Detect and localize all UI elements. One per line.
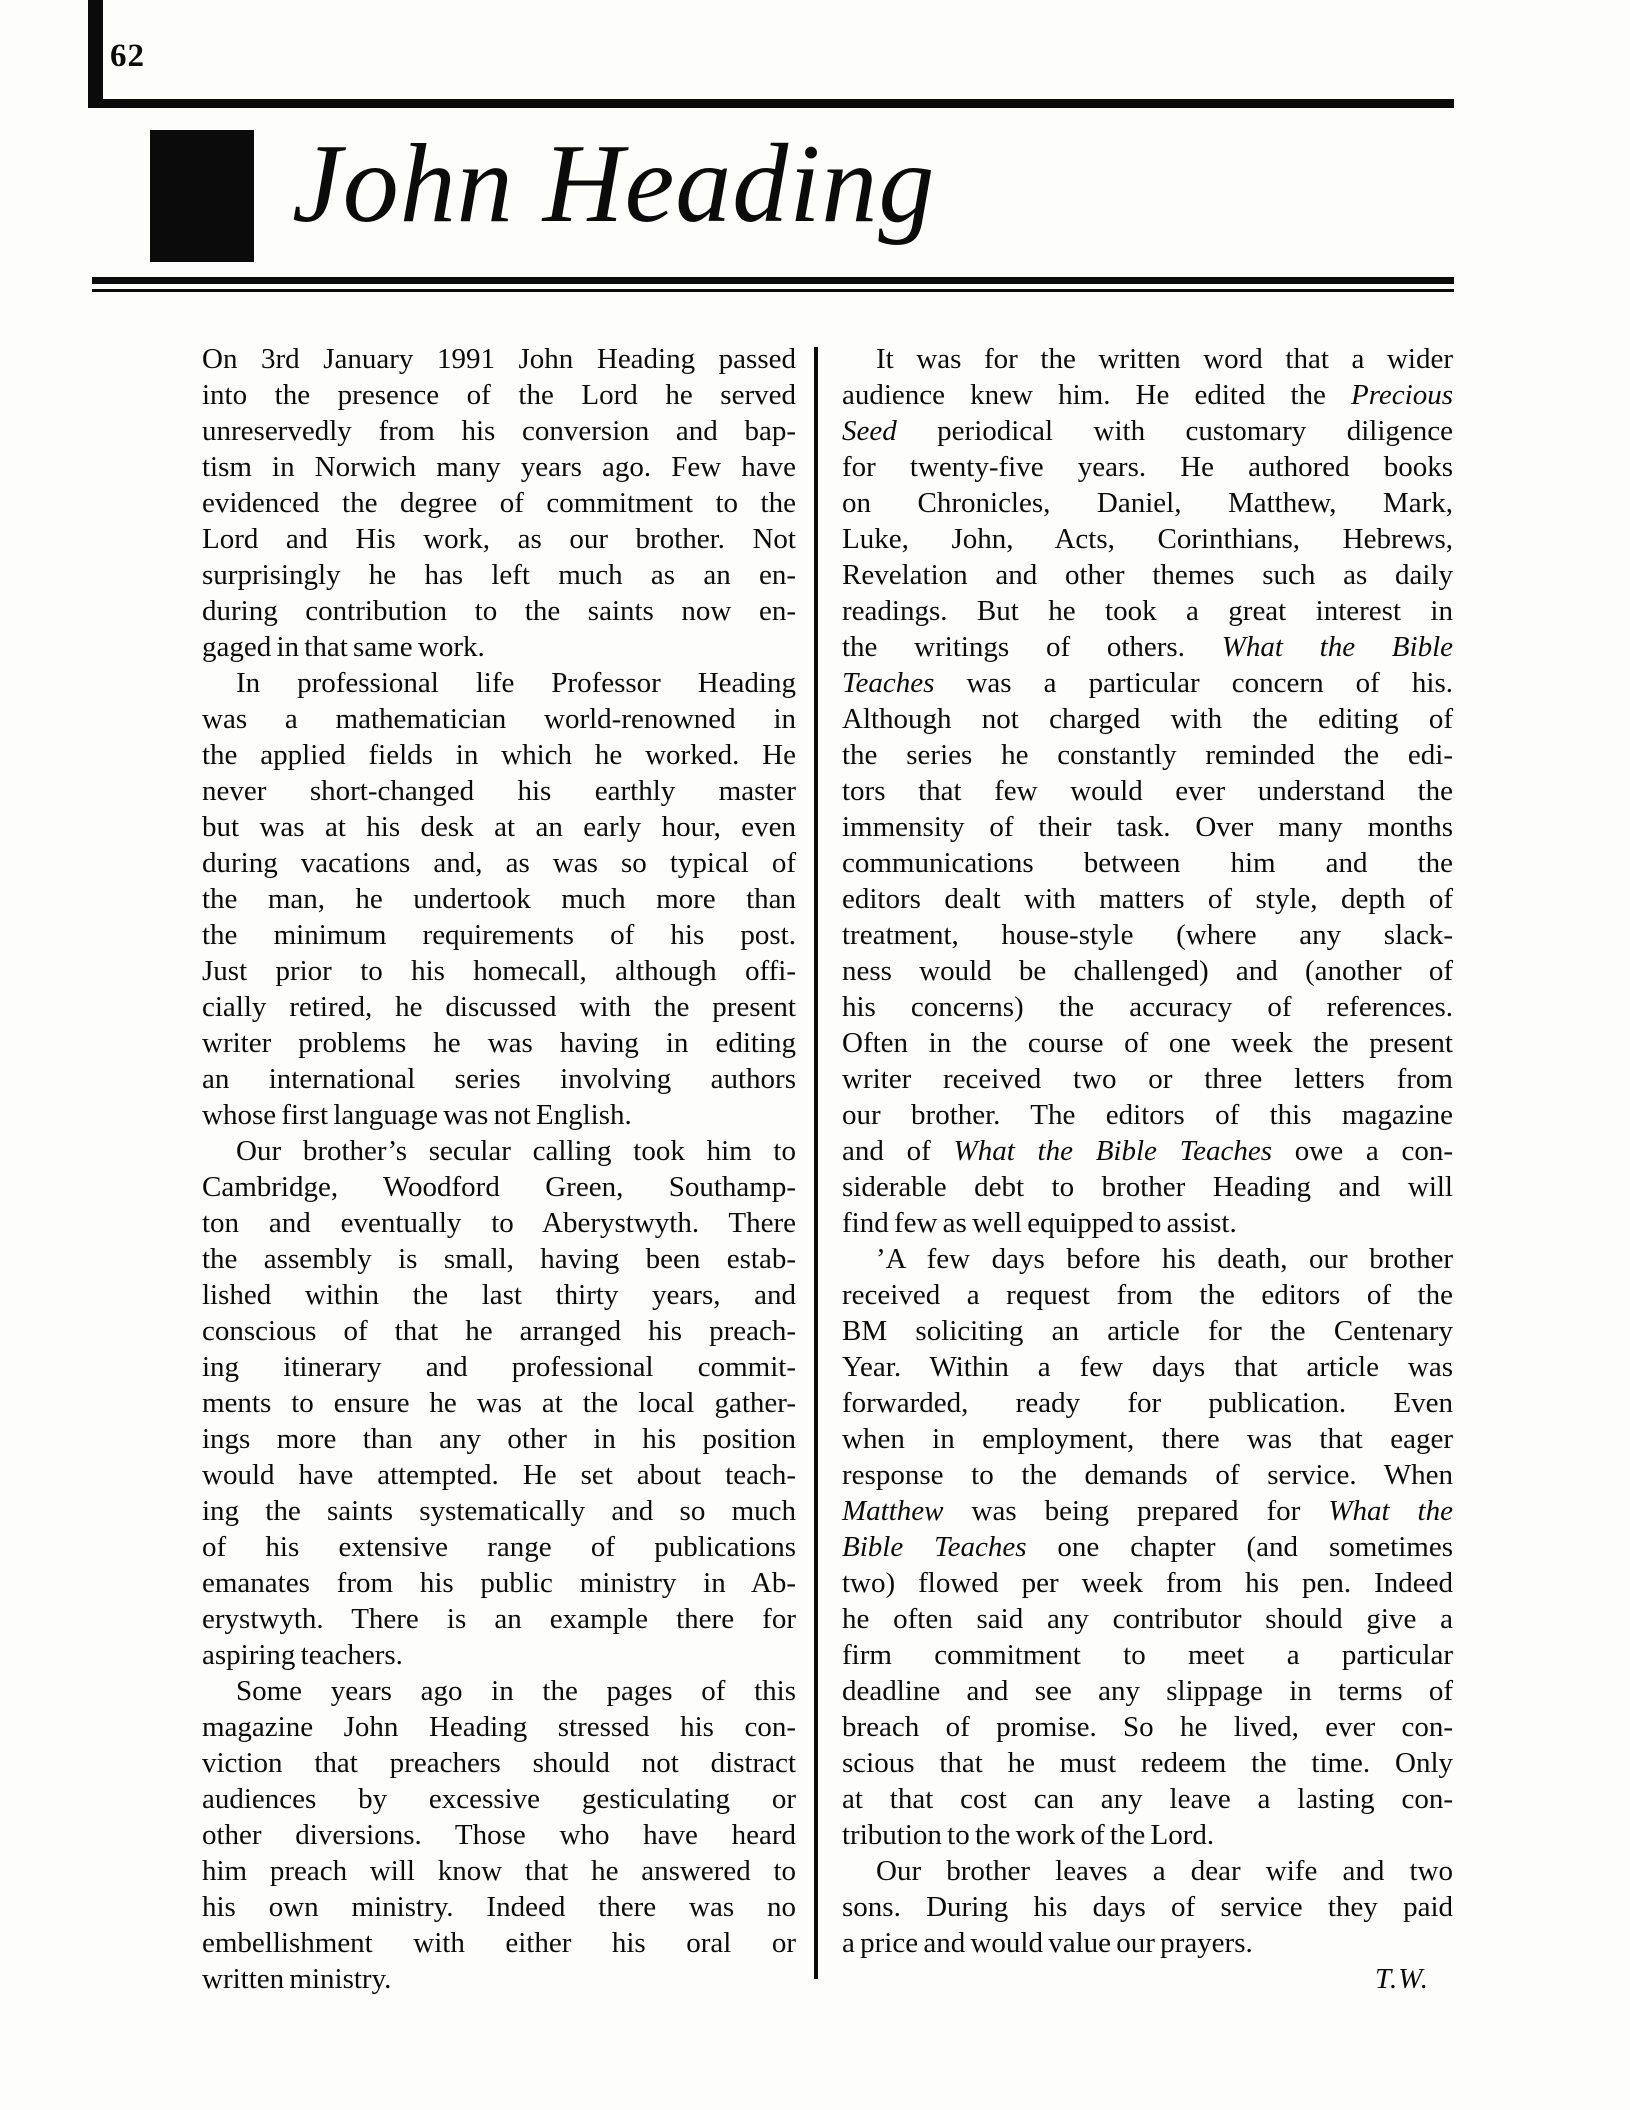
text-line: erystwyth. There is an example there for <box>202 1601 796 1637</box>
text-line: the man, he undertook much more than <box>202 881 796 917</box>
text-line: Revelation and other themes such as dail… <box>842 557 1453 593</box>
text-line: gaged in that same work. <box>202 629 796 665</box>
text-line: during vacations and, as was so typical … <box>202 845 796 881</box>
text-line: Seed periodical with customary diligence <box>842 413 1453 449</box>
text-line: ness would be challenged) and (another o… <box>842 953 1453 989</box>
text-line: immensity of their task. Over many month… <box>842 809 1453 845</box>
top-rule <box>88 99 1454 108</box>
text-line: of his extensive range of publications <box>202 1529 796 1565</box>
text-line: audiences by excessive gesticulating or <box>202 1781 796 1817</box>
text-line: Cambridge, Woodford Green, Southamp- <box>202 1169 796 1205</box>
text-line: would have attempted. He set about teach… <box>202 1457 796 1493</box>
text-line: Our brother leaves a dear wife and two <box>842 1853 1453 1889</box>
text-line: but was at his desk at an early hour, ev… <box>202 809 796 845</box>
text-line: ings more than any other in his position <box>202 1421 796 1457</box>
text-line: ton and eventually to Aberystwyth. There <box>202 1205 796 1241</box>
text-line: tors that few would ever understand the <box>842 773 1453 809</box>
double-rule <box>92 277 1454 292</box>
paragraph: On 3rd January 1991 John Heading passedi… <box>202 341 796 665</box>
title-marker-square <box>150 130 254 262</box>
text-line: on Chronicles, Daniel, Matthew, Mark, <box>842 485 1453 521</box>
text-line: lished within the last thirty years, and <box>202 1277 796 1313</box>
text-line: deadline and see any slippage in terms o… <box>842 1673 1453 1709</box>
text-line: In professional life Professor Heading <box>202 665 796 701</box>
text-line: a price and would value our prayers. <box>842 1925 1453 1961</box>
text-line: response to the demands of service. When <box>842 1457 1453 1493</box>
text-line: Matthew was being prepared for What the <box>842 1493 1453 1529</box>
text-line: our brother. The editors of this magazin… <box>842 1097 1453 1133</box>
text-line: audience knew him. He edited the Preciou… <box>842 377 1453 413</box>
text-line: viction that preachers should not distra… <box>202 1745 796 1781</box>
text-line: the series he constantly reminded the ed… <box>842 737 1453 773</box>
text-line: whose first language was not English. <box>202 1097 796 1133</box>
text-line: ing itinerary and professional commit- <box>202 1349 796 1385</box>
text-line: when in employment, there was that eager <box>842 1421 1453 1457</box>
text-line: into the presence of the Lord he served <box>202 377 796 413</box>
column-divider <box>814 347 818 1979</box>
text-line: surprisingly he has left much as an en- <box>202 557 796 593</box>
text-line: communications between him and the <box>842 845 1453 881</box>
text-line: cially retired, he discussed with the pr… <box>202 989 796 1025</box>
text-line: him preach will know that he answered to <box>202 1853 796 1889</box>
text-line: magazine John Heading stressed his con- <box>202 1709 796 1745</box>
article-title: John Heading <box>292 128 935 240</box>
text-line: It was for the written word that a wider <box>842 341 1453 377</box>
text-line: siderable debt to brother Heading and wi… <box>842 1169 1453 1205</box>
paragraph: Our brother’s secular calling took him t… <box>202 1133 796 1673</box>
page-number: 62 <box>110 38 145 75</box>
text-line: he often said any contributor should giv… <box>842 1601 1453 1637</box>
text-line: Although not charged with the editing of <box>842 701 1453 737</box>
text-line: evidenced the degree of commitment to th… <box>202 485 796 521</box>
text-line: ing the saints systematically and so muc… <box>202 1493 796 1529</box>
text-line: received a request from the editors of t… <box>842 1277 1453 1313</box>
text-line: BM soliciting an article for the Centena… <box>842 1313 1453 1349</box>
text-line: Just prior to his homecall, although off… <box>202 953 796 989</box>
right-column-paragraphs: It was for the written word that a wider… <box>842 341 1453 1961</box>
text-line: written ministry. <box>202 1961 796 1997</box>
right-column: It was for the written word that a wider… <box>842 341 1453 1997</box>
text-line: scious that he must redeem the time. Onl… <box>842 1745 1453 1781</box>
text-line: the writings of others. What the Bible <box>842 629 1453 665</box>
text-line: Bible Teaches one chapter (and sometimes <box>842 1529 1453 1565</box>
text-line: Year. Within a few days that article was <box>842 1349 1453 1385</box>
text-line: Lord and His work, as our brother. Not <box>202 521 796 557</box>
text-line: conscious of that he arranged his preach… <box>202 1313 796 1349</box>
text-line: Some years ago in the pages of this <box>202 1673 796 1709</box>
text-line: during contribution to the saints now en… <box>202 593 796 629</box>
text-line: ments to ensure he was at the local gath… <box>202 1385 796 1421</box>
text-line: emanates from his public ministry in Ab- <box>202 1565 796 1601</box>
text-line: firm commitment to meet a particular <box>842 1637 1453 1673</box>
paragraph: In professional life Professor Headingwa… <box>202 665 796 1133</box>
paragraph: Our brother leaves a dear wife and twoso… <box>842 1853 1453 1961</box>
paragraph: ’A few days before his death, our brothe… <box>842 1241 1453 1853</box>
text-line: readings. But he took a great interest i… <box>842 593 1453 629</box>
text-line: the assembly is small, having been estab… <box>202 1241 796 1277</box>
author-initials: T.W. <box>842 1961 1453 1997</box>
text-line: embellishment with either his oral or <box>202 1925 796 1961</box>
text-line: other diversions. Those who have heard <box>202 1817 796 1853</box>
text-line: for twenty-five years. He authored books <box>842 449 1453 485</box>
double-rule-thin-line <box>92 289 1454 292</box>
text-line: writer problems he was having in editing <box>202 1025 796 1061</box>
text-line: Teaches was a particular concern of his. <box>842 665 1453 701</box>
text-line: never short-changed his earthly master <box>202 773 796 809</box>
text-line: sons. During his days of service they pa… <box>842 1889 1453 1925</box>
text-line: the applied fields in which he worked. H… <box>202 737 796 773</box>
magazine-page: 62 John Heading On 3rd January 1991 John… <box>0 0 1630 2110</box>
text-line: at that cost can any leave a lasting con… <box>842 1781 1453 1817</box>
text-line: Often in the course of one week the pres… <box>842 1025 1453 1061</box>
text-line: his own ministry. Indeed there was no <box>202 1889 796 1925</box>
text-line: tribution to the work of the Lord. <box>842 1817 1453 1853</box>
text-line: the minimum requirements of his post. <box>202 917 796 953</box>
text-line: Our brother’s secular calling took him t… <box>202 1133 796 1169</box>
text-line: his concerns) the accuracy of references… <box>842 989 1453 1025</box>
text-line: On 3rd January 1991 John Heading passed <box>202 341 796 377</box>
text-line: an international series involving author… <box>202 1061 796 1097</box>
text-line: ’A few days before his death, our brothe… <box>842 1241 1453 1277</box>
text-line: aspiring teachers. <box>202 1637 796 1673</box>
paragraph: It was for the written word that a wider… <box>842 341 1453 1241</box>
text-line: treatment, house-style (where any slack- <box>842 917 1453 953</box>
text-line: was a mathematician world-renowned in <box>202 701 796 737</box>
text-line: and of What the Bible Teaches owe a con- <box>842 1133 1453 1169</box>
double-rule-thick-line <box>92 277 1454 284</box>
text-line: editors dealt with matters of style, dep… <box>842 881 1453 917</box>
text-line: tism in Norwich many years ago. Few have <box>202 449 796 485</box>
text-line: forwarded, ready for publication. Even <box>842 1385 1453 1421</box>
paragraph: Some years ago in the pages of thismagaz… <box>202 1673 796 1997</box>
text-line: writer received two or three letters fro… <box>842 1061 1453 1097</box>
text-line: Luke, John, Acts, Corinthians, Hebrews, <box>842 521 1453 557</box>
left-column: On 3rd January 1991 John Heading passedi… <box>202 341 796 1997</box>
page-corner-mark <box>88 0 103 108</box>
text-line: unreservedly from his conversion and bap… <box>202 413 796 449</box>
text-line: breach of promise. So he lived, ever con… <box>842 1709 1453 1745</box>
text-line: find few as well equipped to assist. <box>842 1205 1453 1241</box>
text-line: two) flowed per week from his pen. Indee… <box>842 1565 1453 1601</box>
